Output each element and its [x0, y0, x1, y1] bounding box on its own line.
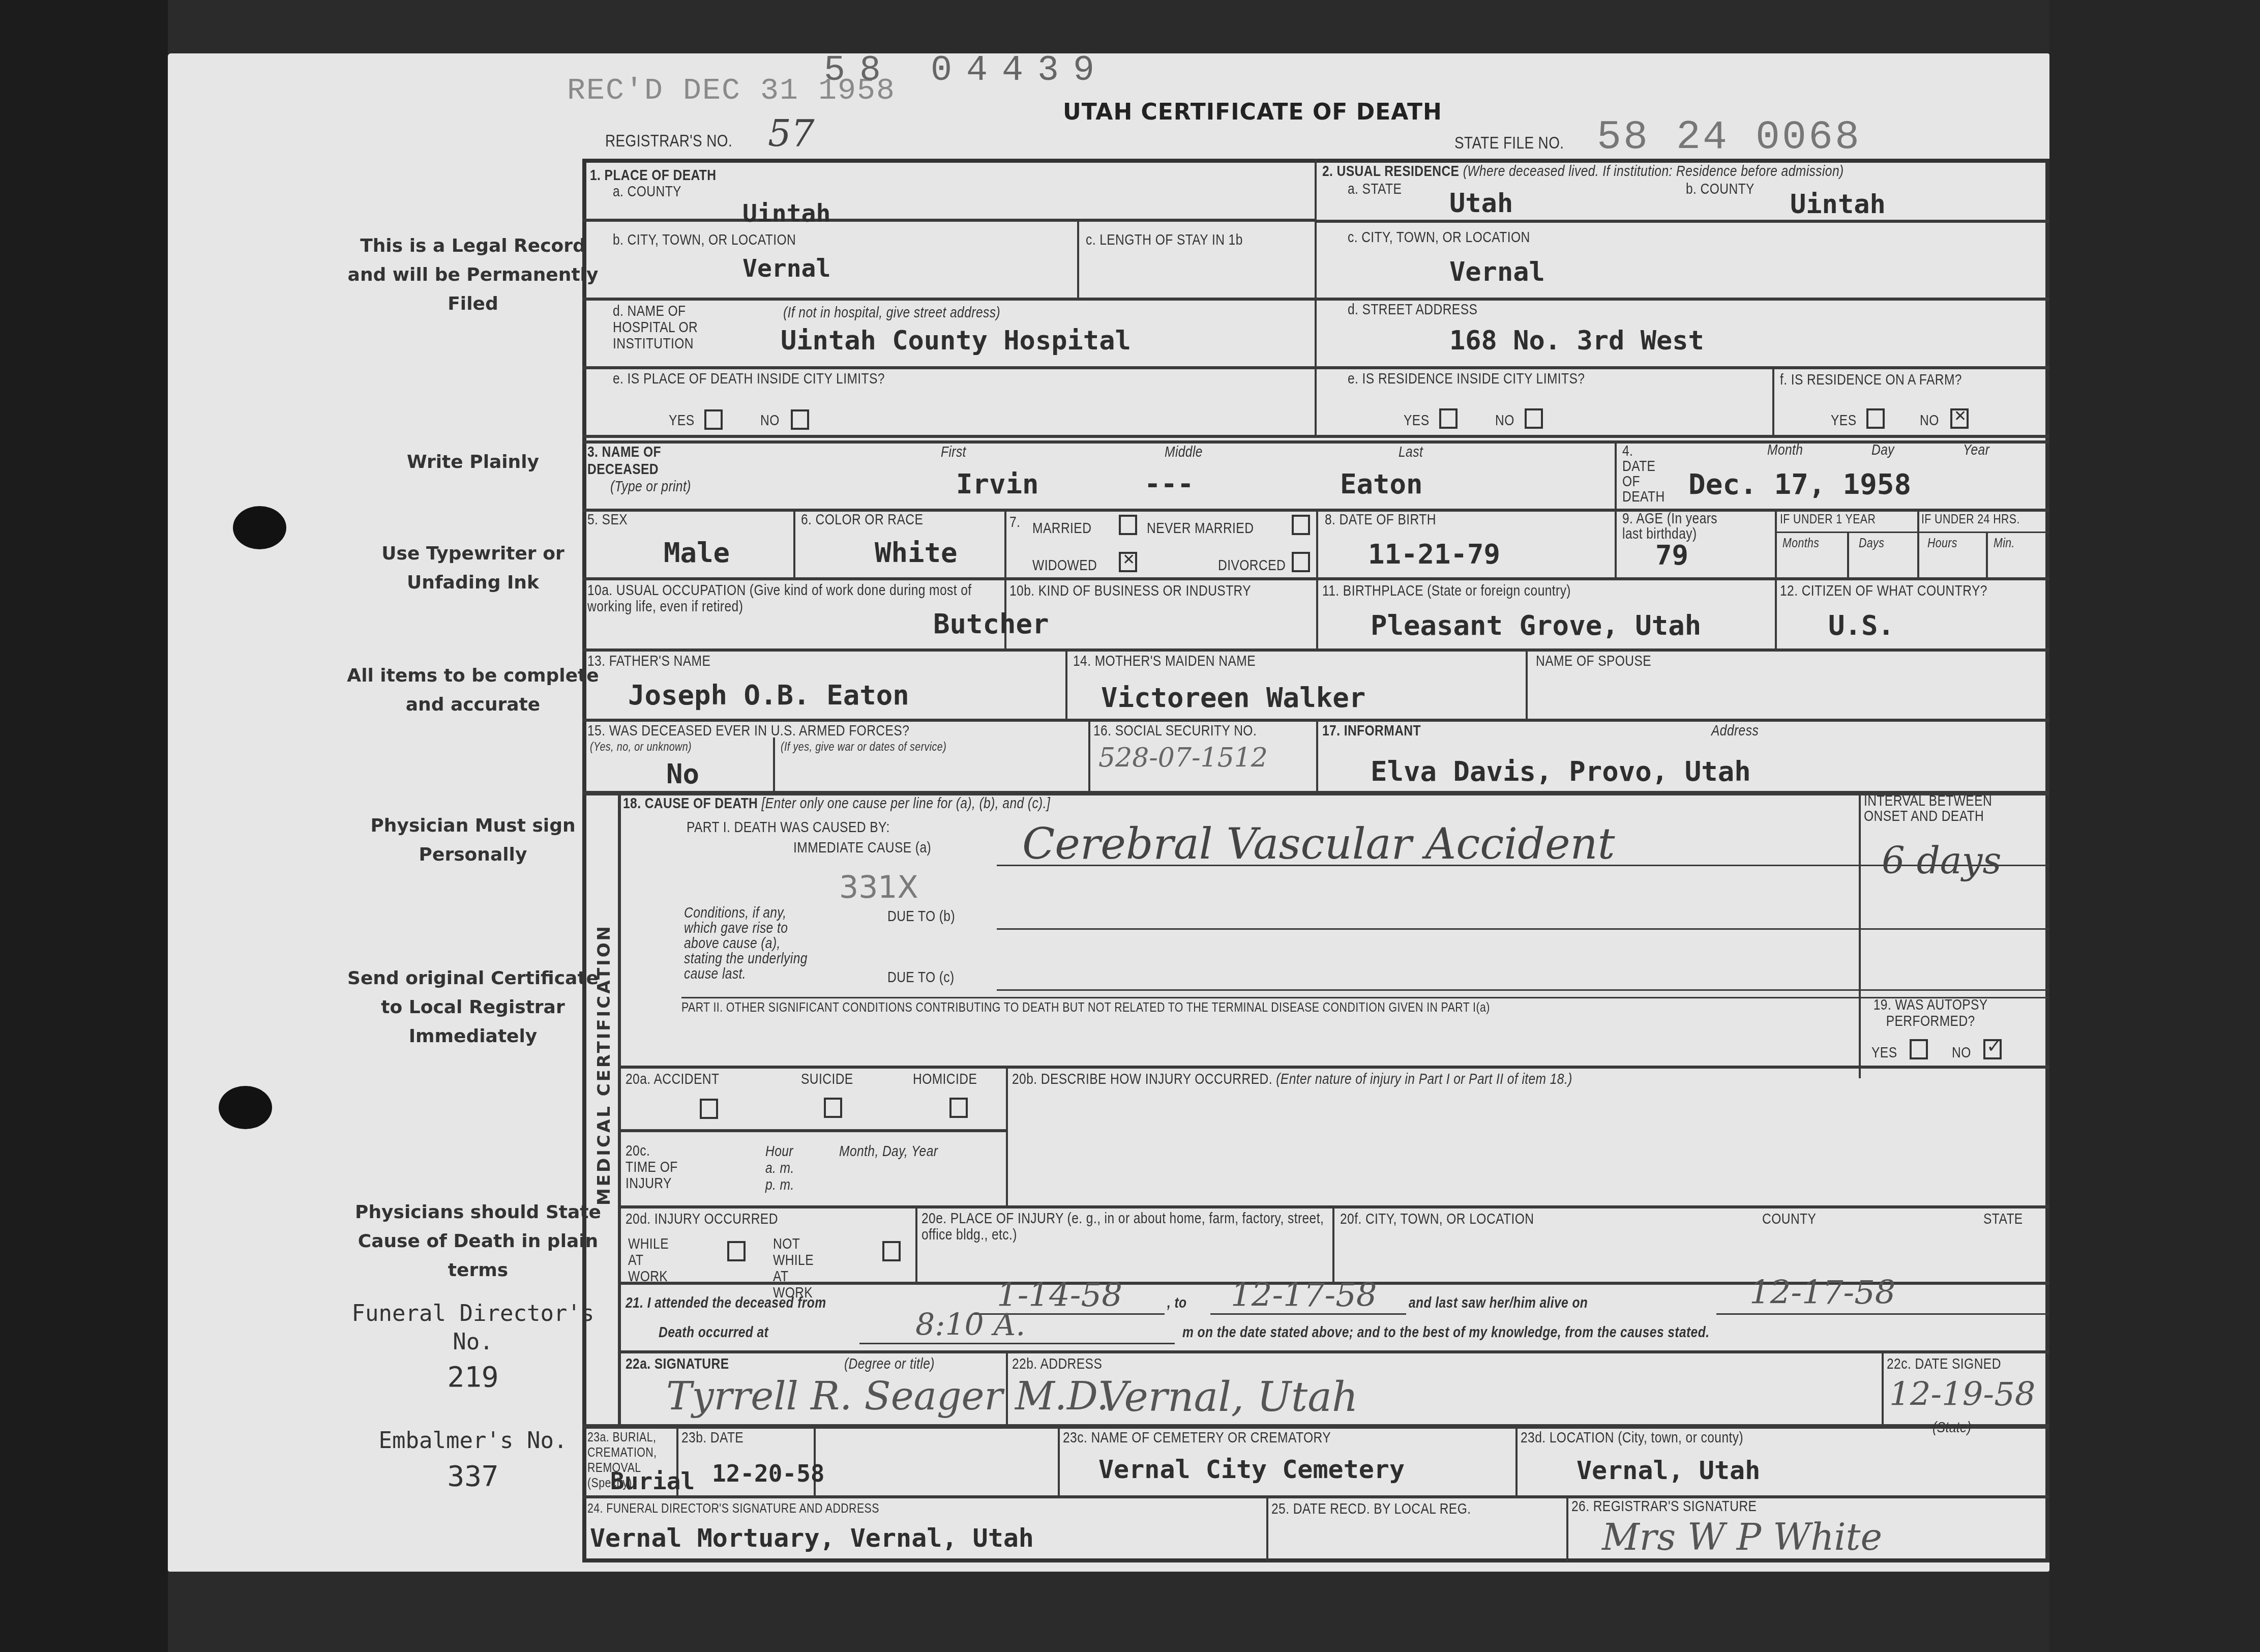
- not-while-at-work-label: NOT WHILE AT WORK: [773, 1236, 823, 1301]
- scan-background-right: [2049, 0, 2260, 1652]
- birthplace-label: 11. BIRTHPLACE (State or foreign country…: [1322, 582, 1571, 600]
- armed-forces-hint-2: (If yes, give war or dates of service): [781, 740, 946, 754]
- homicide-label: HOMICIDE: [913, 1071, 977, 1088]
- hospital-label: d. NAME OF HOSPITAL OR INSTITUTION: [613, 303, 704, 352]
- ssn-value[interactable]: 528-07-1512: [1098, 743, 1268, 773]
- homicide-checkbox[interactable]: [949, 1098, 968, 1118]
- side-note-plain-terms: Physicians should State Cause of Death i…: [336, 1198, 620, 1285]
- pm-label: p. m.: [765, 1176, 794, 1194]
- funeral-director-no: 219: [341, 1363, 605, 1392]
- race-value[interactable]: White: [875, 537, 958, 569]
- place-of-death-heading: 1. PLACE OF DEATH: [590, 167, 716, 184]
- autopsy-yes-label: YES: [1871, 1044, 1897, 1061]
- hour-label: Hour: [765, 1143, 793, 1160]
- immediate-cause-label: IMMEDIATE CAUSE (a): [793, 839, 931, 857]
- usual-residence-heading: 2. USUAL RESIDENCE (Where deceased lived…: [1322, 163, 1844, 180]
- registrars-no-label: REGISTRAR'S NO.: [605, 131, 732, 151]
- death-inside-yes-checkbox[interactable]: [704, 409, 723, 430]
- burial-date-label: 23b. DATE: [681, 1429, 744, 1447]
- residence-state-value[interactable]: Utah: [1449, 188, 1513, 219]
- date-of-birth-label: 8. DATE OF BIRTH: [1325, 511, 1436, 528]
- state-file-no-label: STATE FILE NO.: [1454, 133, 1564, 153]
- citizen-value[interactable]: U.S.: [1828, 609, 1894, 641]
- death-city-label: b. CITY, TOWN, OR LOCATION: [613, 231, 796, 249]
- never-married-checkbox[interactable]: [1292, 515, 1310, 535]
- cause-of-death-heading: 18. CAUSE OF DEATH [Enter only one cause…: [623, 795, 1050, 812]
- industry-label: 10b. KIND OF BUSINESS OR INDUSTRY: [1009, 582, 1251, 600]
- accident-label: 20a. ACCIDENT: [626, 1071, 719, 1088]
- hospital-value[interactable]: Uintah County Hospital: [781, 326, 1131, 356]
- burial-date-value[interactable]: 12-20-58: [712, 1460, 825, 1487]
- residence-city-label: c. CITY, TOWN, OR LOCATION: [1348, 229, 1530, 246]
- funeral-director-value[interactable]: Vernal Mortuary, Vernal, Utah: [590, 1523, 1034, 1553]
- middle-name-label: Middle: [1165, 444, 1203, 461]
- last-saw-label: and last saw her/him alive on: [1409, 1294, 1588, 1312]
- injury-city-label: 20f. CITY, TOWN, OR LOCATION: [1340, 1211, 1534, 1228]
- while-at-work-label: WHILE AT WORK: [628, 1236, 674, 1285]
- side-note-write: Write Plainly: [341, 448, 605, 477]
- widowed-checkbox[interactable]: [1119, 552, 1137, 572]
- punch-hole-icon: [219, 1086, 272, 1129]
- birthplace-value[interactable]: Pleasant Grove, Utah: [1371, 609, 1701, 641]
- date-of-death-label: 4. DATE OF DEATH: [1622, 444, 1668, 505]
- under-24-hrs-label: IF UNDER 24 HRS.: [1921, 511, 2020, 527]
- sex-value[interactable]: Male: [664, 537, 730, 569]
- death-inside-yes-label: YES: [669, 412, 694, 429]
- not-while-at-work-checkbox[interactable]: [882, 1241, 901, 1261]
- attended-to-value[interactable]: 12-17-58: [1231, 1277, 1377, 1314]
- hours-label: Hours: [1927, 535, 1957, 551]
- physician-signature[interactable]: Tyrrell R. Seager M.D.: [666, 1373, 1109, 1419]
- registrar-signature-label: 26. REGISTRAR'S SIGNATURE: [1571, 1498, 1757, 1515]
- street-address-label: d. STREET ADDRESS: [1348, 301, 1477, 318]
- month-label: Month: [1767, 441, 1803, 459]
- last-name-value[interactable]: Eaton: [1340, 468, 1423, 500]
- conditions-hint: Conditions, if any, which gave rise to a…: [684, 905, 817, 982]
- farm-no-label: NO: [1920, 412, 1939, 429]
- month-day-year-label: Month, Day, Year: [839, 1143, 938, 1160]
- registrar-signature[interactable]: Mrs W P White: [1602, 1516, 1882, 1558]
- last-name-label: Last: [1399, 444, 1423, 461]
- middle-name-value[interactable]: ---: [1144, 468, 1194, 500]
- residence-city-value[interactable]: Vernal: [1449, 257, 1545, 287]
- cemetery-value[interactable]: Vernal City Cemetery: [1098, 1455, 1405, 1484]
- residence-county-label: b. COUNTY: [1686, 181, 1755, 198]
- residence-inside-yes-label: YES: [1404, 412, 1429, 429]
- scan-background-left: [0, 0, 168, 1652]
- state-label: (State): [1932, 1419, 1972, 1436]
- burial-value[interactable]: Burial: [610, 1467, 695, 1495]
- residence-inside-yes-checkbox[interactable]: [1439, 408, 1458, 429]
- deceased-name-hint: (Type or print): [610, 478, 691, 495]
- armed-forces-label: 15. WAS DECEASED EVER IN U.S. ARMED FORC…: [587, 722, 909, 740]
- occupation-label: 10a. USUAL OCCUPATION (Give kind of work…: [587, 582, 988, 615]
- min-label: Min.: [1994, 535, 2015, 551]
- funeral-director-no-label: Funeral Director's No.: [341, 1300, 605, 1356]
- certificate-title: UTAH CERTIFICATE OF DEATH: [1063, 99, 1442, 125]
- embalmer-no: 337: [341, 1462, 605, 1491]
- first-name-value[interactable]: Irvin: [956, 468, 1039, 500]
- injury-occurred-label: 20d. INJURY OCCURRED: [626, 1211, 778, 1228]
- part-2-label: PART II. OTHER SIGNIFICANT CONDITIONS CO…: [681, 999, 1490, 1015]
- married-label: MARRIED: [1032, 520, 1091, 537]
- father-name-label: 13. FATHER'S NAME: [587, 653, 710, 670]
- residence-inside-no-label: NO: [1495, 412, 1514, 429]
- due-to-b-label: DUE TO (b): [887, 908, 955, 925]
- side-note-legal: This is a Legal Record and will be Perma…: [341, 231, 605, 318]
- place-of-injury-label: 20e. PLACE OF INJURY (e. g., in or about…: [921, 1211, 1334, 1243]
- sex-label: 5. SEX: [587, 511, 628, 528]
- age-value[interactable]: 79: [1655, 539, 1688, 571]
- first-name-label: First: [941, 444, 966, 461]
- injury-county-label: COUNTY: [1762, 1211, 1816, 1228]
- while-at-work-checkbox[interactable]: [727, 1241, 746, 1261]
- immediate-cause-value[interactable]: Cerebral Vascular Accident: [1022, 819, 1615, 869]
- cemetery-location-label: 23d. LOCATION (City, town, or county): [1521, 1429, 1743, 1447]
- embalmer-no-label: Embalmer's No.: [341, 1427, 605, 1455]
- year-label: Year: [1963, 441, 1989, 459]
- widowed-label: WIDOWED: [1032, 557, 1097, 574]
- cemetery-location-value[interactable]: Vernal, Utah: [1577, 1456, 1760, 1485]
- suicide-label: SUICIDE: [801, 1071, 853, 1088]
- marital-label: 7.: [1009, 514, 1020, 531]
- divorced-label: DIVORCED: [1218, 557, 1286, 574]
- under-1-year-label: IF UNDER 1 YEAR: [1780, 511, 1876, 527]
- farm-label: f. IS RESIDENCE ON A FARM?: [1780, 371, 1962, 389]
- due-to-c-label: DUE TO (c): [887, 969, 955, 986]
- date-signed-value[interactable]: 12-19-58: [1889, 1376, 2036, 1413]
- informant-label: 17. INFORMANT: [1322, 722, 1421, 740]
- age-label: 9. AGE (In years last birthday): [1622, 511, 1727, 542]
- funeral-director-label: 24. FUNERAL DIRECTOR'S SIGNATURE AND ADD…: [587, 1500, 879, 1516]
- degree-label: (Degree or title): [844, 1355, 935, 1373]
- cemetery-label: 23c. NAME OF CEMETERY OR CREMATORY: [1063, 1429, 1331, 1447]
- father-name-value[interactable]: Joseph O.B. Eaton: [628, 679, 909, 711]
- date-recd-label: 25. DATE RECD. BY LOCAL REG.: [1271, 1500, 1471, 1518]
- last-saw-value[interactable]: 12-17-58: [1749, 1274, 1896, 1312]
- divorced-checkbox[interactable]: [1292, 552, 1310, 572]
- side-note-typewriter: Use Typewriter or Unfading Ink: [341, 539, 605, 597]
- attended-label: 21. I attended the deceased from: [626, 1294, 826, 1312]
- married-checkbox[interactable]: [1119, 515, 1137, 535]
- citizen-label: 12. CITIZEN OF WHAT COUNTRY?: [1780, 582, 1987, 600]
- to-label: , to: [1167, 1294, 1187, 1312]
- mother-name-label: 14. MOTHER'S MAIDEN NAME: [1073, 653, 1256, 670]
- date-of-birth-value[interactable]: 11-21-79: [1368, 538, 1500, 570]
- farm-no-checkbox[interactable]: [1950, 408, 1969, 429]
- serial-number: 58 04439: [824, 51, 1109, 91]
- suicide-checkbox[interactable]: [824, 1098, 842, 1118]
- informant-address-label: Address: [1711, 722, 1759, 740]
- farm-yes-checkbox[interactable]: [1866, 408, 1885, 429]
- day-label: Day: [1871, 441, 1894, 459]
- autopsy-no-label: NO: [1952, 1044, 1971, 1061]
- mother-name-value[interactable]: Victoreen Walker: [1101, 682, 1365, 714]
- state-file-no: 58 24 0068: [1597, 114, 1861, 161]
- death-statement: m on the date stated above; and to the b…: [1182, 1324, 1709, 1341]
- punch-hole-icon: [233, 506, 286, 549]
- physician-address[interactable]: Vernal, Utah: [1098, 1373, 1358, 1421]
- injury-description-label: 20b. DESCRIBE HOW INJURY OCCURRED. (Ente…: [1012, 1071, 1572, 1088]
- registrars-no: 57: [768, 112, 815, 155]
- death-county-label: a. COUNTY: [613, 183, 681, 200]
- am-label: a. m.: [765, 1160, 794, 1177]
- occupation-value[interactable]: Butcher: [933, 608, 1049, 640]
- death-city-value[interactable]: Vernal: [742, 254, 830, 283]
- spouse-name-label: NAME OF SPOUSE: [1536, 653, 1651, 670]
- residence-county-value[interactable]: Uintah: [1790, 189, 1886, 220]
- death-occurred-label: Death occurred at: [659, 1324, 768, 1341]
- days-label: Days: [1859, 535, 1884, 551]
- informant-value[interactable]: Elva Davis, Provo, Utah: [1371, 755, 1751, 787]
- death-inside-limits-label: e. IS PLACE OF DEATH INSIDE CITY LIMITS?: [613, 370, 885, 388]
- deceased-name-label: 3. NAME OF DECEASED: [587, 444, 671, 478]
- ssn-label: 16. SOCIAL SECURITY NO.: [1093, 722, 1257, 740]
- part-1-label: PART I. DEATH WAS CAUSED BY:: [687, 819, 890, 836]
- date-signed-label: 22c. DATE SIGNED: [1887, 1355, 2001, 1373]
- time-of-injury-label: 20c. TIME OF INJURY: [626, 1143, 680, 1192]
- accident-checkbox[interactable]: [700, 1099, 718, 1119]
- never-married-label: NEVER MARRIED: [1147, 520, 1254, 537]
- residence-inside-limits-label: e. IS RESIDENCE INSIDE CITY LIMITS?: [1348, 370, 1585, 388]
- side-note-send: Send original Certificate to Local Regis…: [341, 964, 605, 1051]
- death-inside-no-checkbox[interactable]: [791, 409, 809, 430]
- autopsy-yes-checkbox[interactable]: [1910, 1039, 1928, 1059]
- medical-certification-label: MEDICAL CERTIFICATION: [594, 924, 614, 1205]
- armed-forces-value[interactable]: No: [666, 758, 699, 790]
- autopsy-label: 19. WAS AUTOPSY PERFORMED?: [1864, 997, 1997, 1029]
- signature-label: 22a. SIGNATURE: [626, 1355, 729, 1373]
- death-inside-no-label: NO: [760, 412, 780, 429]
- cause-code: 331X: [839, 870, 918, 905]
- length-of-stay-label: c. LENGTH OF STAY IN 1b: [1086, 231, 1243, 249]
- hospital-hint: (If not in hospital, give street address…: [783, 304, 1000, 321]
- months-label: Months: [1782, 535, 1819, 551]
- interval-value[interactable]: 6 days: [1882, 839, 2001, 882]
- farm-yes-label: YES: [1831, 412, 1856, 429]
- death-county-value[interactable]: Uintah: [742, 199, 830, 228]
- physician-address-label: 22b. ADDRESS: [1012, 1355, 1102, 1373]
- autopsy-no-checkbox[interactable]: [1983, 1039, 2002, 1059]
- residence-inside-no-checkbox[interactable]: [1525, 408, 1543, 429]
- death-time-value[interactable]: 8:10 A.: [915, 1307, 1025, 1343]
- side-note-physician: Physician Must sign Personally: [341, 811, 605, 869]
- armed-forces-hint-1: (Yes, no, or unknown): [590, 740, 692, 754]
- race-label: 6. COLOR OR RACE: [801, 511, 923, 528]
- date-of-death-value[interactable]: Dec. 17, 1958: [1688, 468, 1911, 501]
- side-note-complete: All items to be complete and accurate: [341, 661, 605, 719]
- residence-state-label: a. STATE: [1348, 181, 1402, 198]
- street-address-value[interactable]: 168 No. 3rd West: [1449, 326, 1704, 356]
- injury-state-label: STATE: [1983, 1211, 2023, 1228]
- interval-label: INTERVAL BETWEEN ONSET AND DEATH: [1864, 793, 2006, 824]
